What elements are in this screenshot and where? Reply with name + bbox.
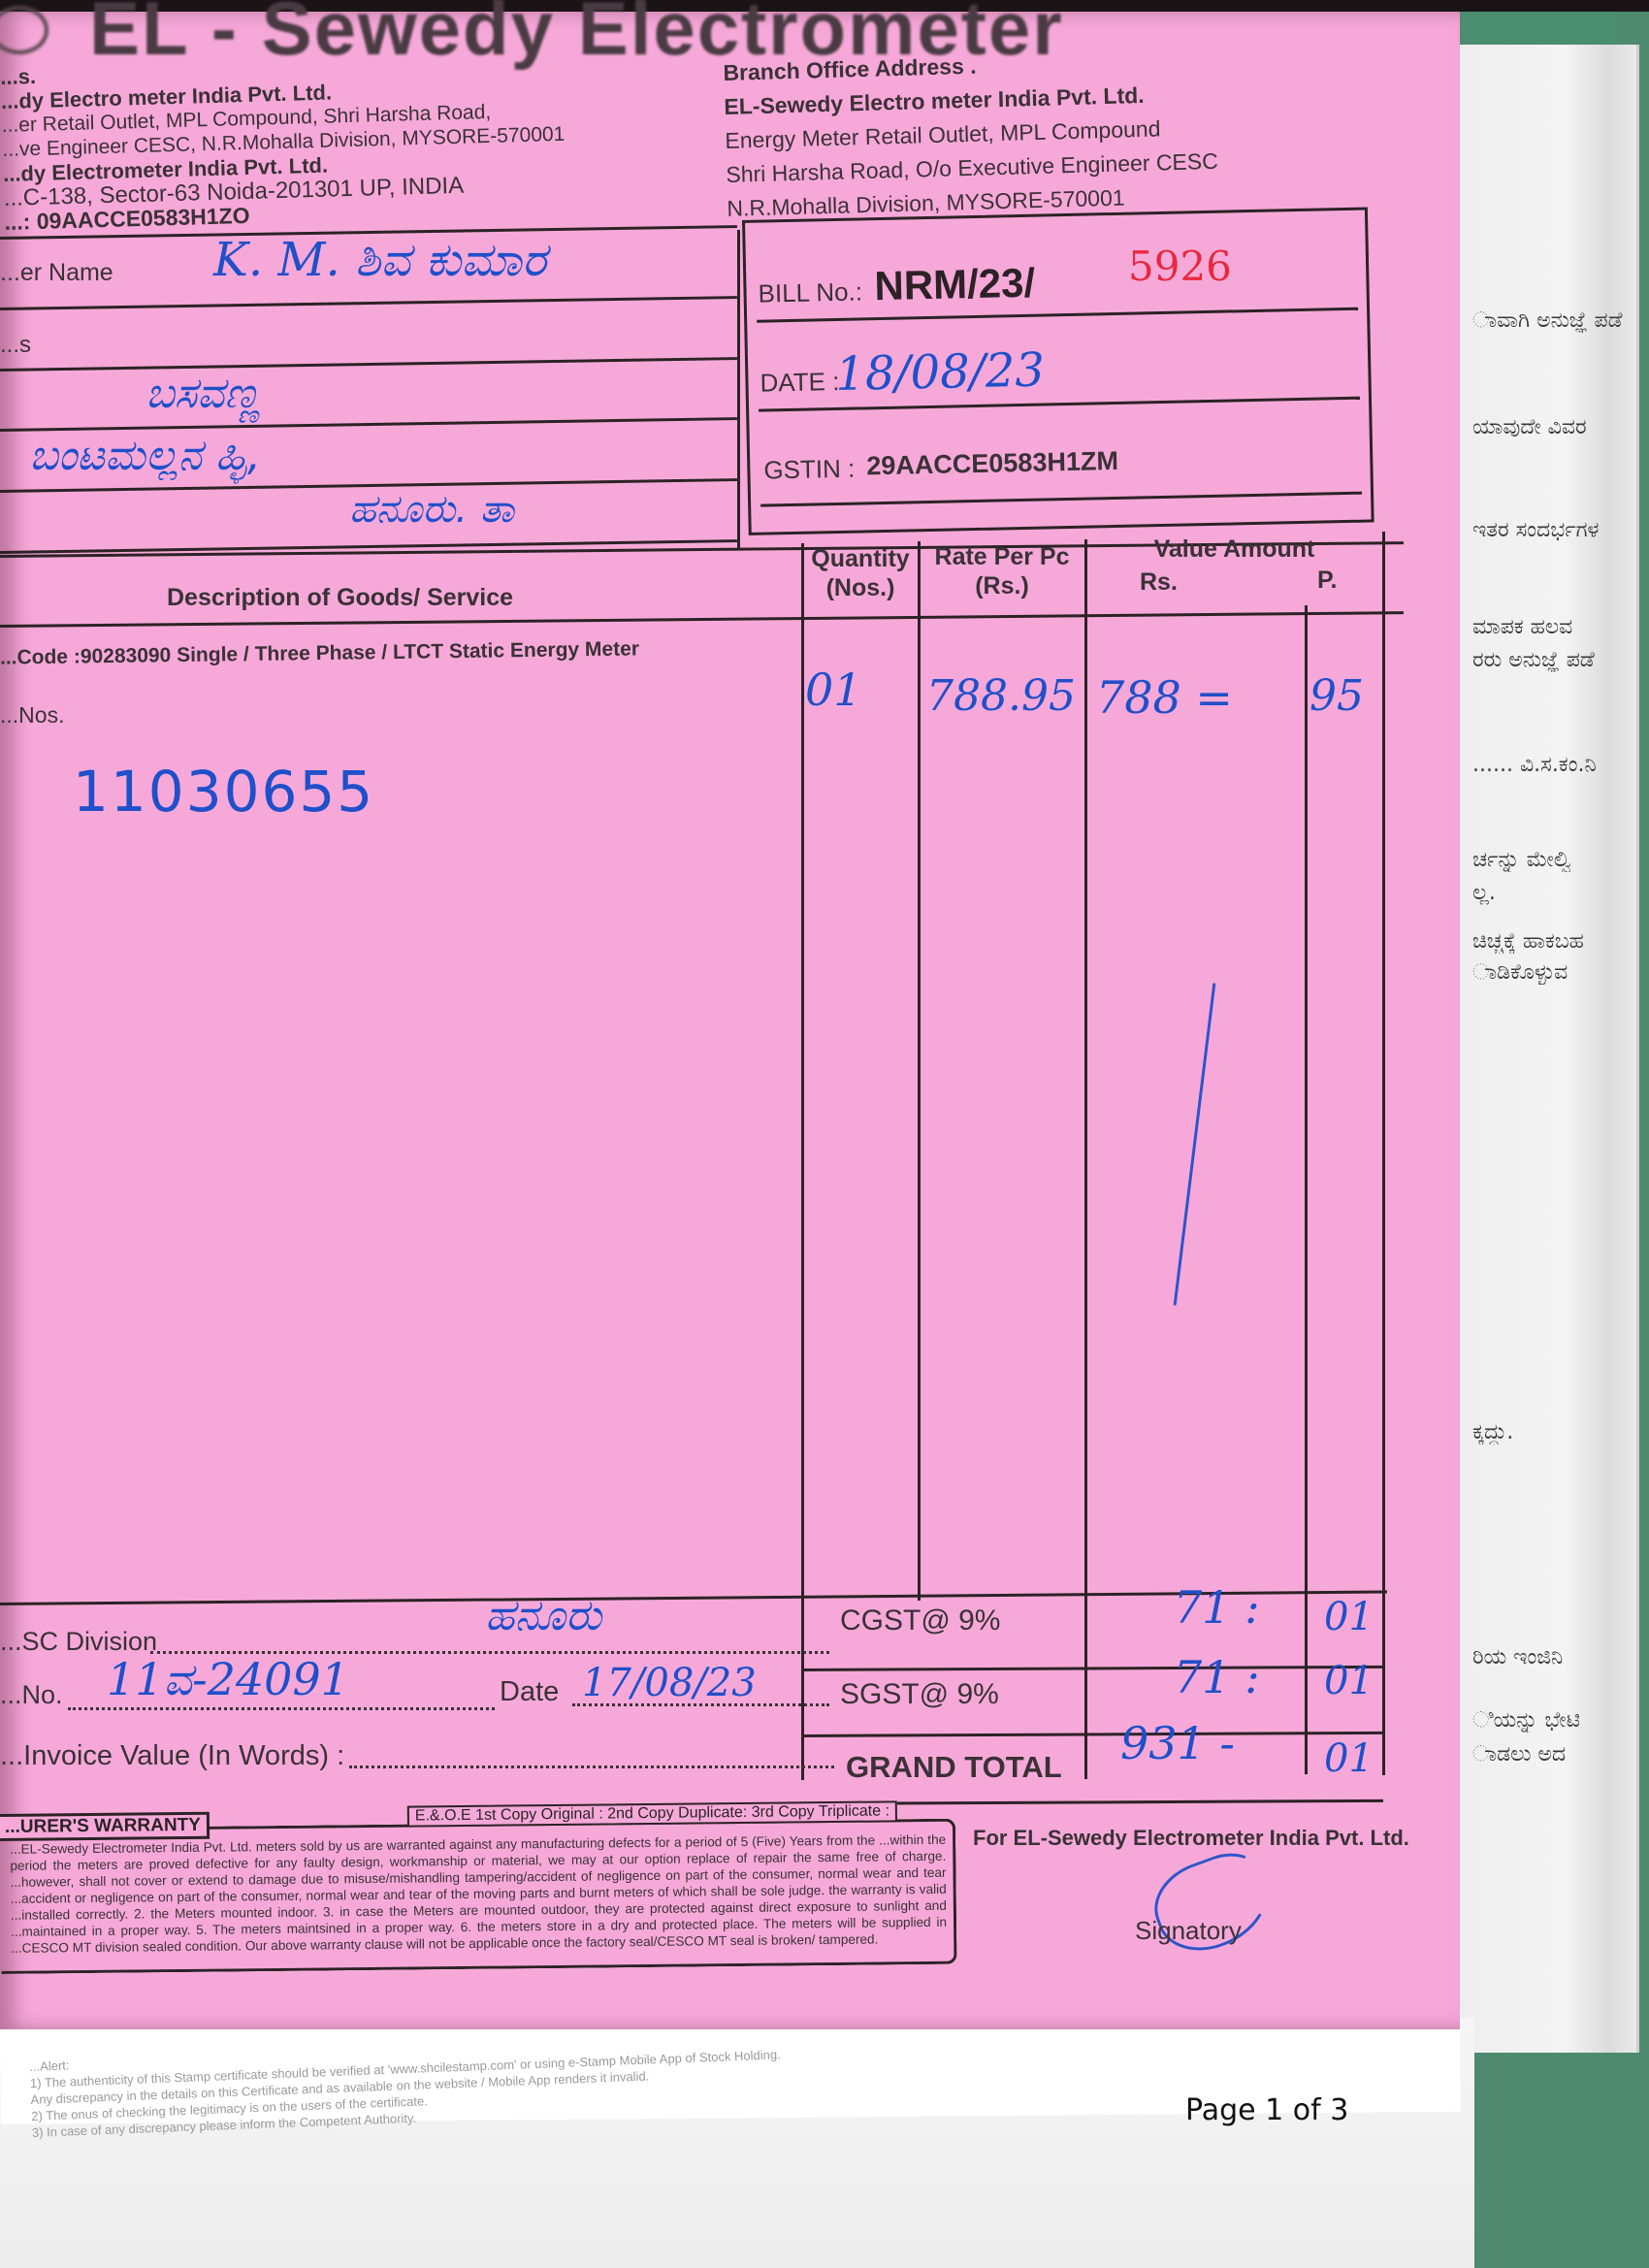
head-office-address: ...s. ...dy Electro meter India Pvt. Ltd… [0,49,567,235]
signatory-label: Signatory [1135,1916,1242,1946]
customer-address-line[interactable]: ಬಂಟಮಲ್ಲನ ಹ್ಳಿ, [29,431,261,480]
header-quantity: Quantity [803,545,918,573]
kannada-line: ಇತರ ಸಂದರ್ಭಗಳ [1472,518,1637,542]
customer-address-label: ...s [0,332,31,359]
cgst-p[interactable]: 01 [1324,1595,1374,1639]
invoice-words-dotted-line[interactable] [349,1766,834,1768]
item-quantity[interactable]: 01 [805,664,862,716]
sgst-label: SGST@ 9% [840,1678,999,1711]
no-dotted-line [68,1707,495,1710]
bill-no-label: BILL No.: [758,276,862,308]
grand-total-label: GRAND TOTAL [846,1750,1062,1785]
header-rate: Rate Per Pc [920,543,1084,571]
item-value-p[interactable]: 95 [1309,671,1364,721]
reference-date[interactable]: 17/08/23 [582,1661,757,1705]
header-rate-unit: (Rs.) [920,572,1084,600]
bill-no-prefix: NRM/23/ [874,260,1036,309]
bill-details-box: BILL No.: NRM/23/ DATE : 18/08/23 GSTIN … [742,207,1374,535]
company-logo-icon [0,6,48,54]
divider [760,492,1362,507]
item-rate[interactable]: 788.95 [926,671,1076,721]
page-number: Page 1 of 3 [1185,2093,1348,2127]
division-value[interactable]: ಹನೂರು [485,1591,601,1640]
sgst-rs[interactable]: 71 : [1174,1651,1260,1703]
header-description: Description of Goods/ Service [167,584,513,612]
reference-number[interactable]: 11ವ-24091 [107,1653,349,1707]
divider [0,417,737,432]
divider [801,1666,1383,1671]
invoice-words-label: ...Invoice Value (In Words) : [0,1740,344,1772]
gstin-value: 29AACCE0583H1ZM [866,446,1118,481]
bill-serial-stamp: 5926 [1128,243,1232,290]
branch-office-address: Branch Office Address . EL-Sewedy Electr… [723,43,1219,226]
bill-date-value[interactable]: 18/08/23 [835,343,1046,403]
customer-address-line[interactable]: ಹನೂರು. ತಾ [349,487,514,532]
header-value-rs: Rs. [1140,568,1178,597]
divider [0,296,737,310]
header-value: Value Amount [1086,535,1382,564]
kannada-line: ಿಯನ್ನು ಭೇಟಿ [1472,1708,1637,1733]
header-value-p: P. [1317,567,1337,595]
warranty-title: ...URER'S WARRANTY [0,1812,210,1841]
customer-address-line[interactable]: ಬಸವಣ್ಣ [145,369,261,418]
divider [737,230,740,550]
cgst-label: CGST@ 9% [840,1604,1000,1637]
copy-designation: E.&.O.E 1st Copy Original : 2nd Copy Dup… [407,1800,897,1827]
meter-serial-number[interactable]: 11030655 [73,759,374,825]
pink-invoice: EL - Sewedy Electrometer ...s. ...dy Ele… [0,12,1460,2029]
kannada-line: ಯಾವುದೇ ವಿವರ [1472,415,1637,439]
kannada-line: ರಿಯ ಇಂಜಿನಿ [1472,1645,1637,1669]
warranty-text: ...EL-Sewedy Electrometer India Pvt. Ltd… [10,1831,947,1957]
kannada-line: ಲ್ಲ. [1472,881,1637,905]
grand-total-rs[interactable]: 931 - [1120,1717,1235,1769]
gstin-label: GSTIN : [763,454,856,486]
kannada-line: ...... ವಿ.ಸ.ಕಂ.ನಿ [1472,753,1637,777]
cgst-rs[interactable]: 71 : [1174,1581,1260,1634]
table-right-border [1382,532,1385,1775]
customer-name-value[interactable]: K. M. ಶಿವ ಕುಮಾರ [213,233,546,288]
item-value-rs[interactable]: 788 = [1096,671,1233,724]
kannada-line: ರ್ಚನ್ನು ಮೇಲ್ವಿ [1472,848,1637,872]
kannada-line: ಾವಾಗಿ ಅನುಜ್ಞೆ ಪಡೆ [1472,308,1637,333]
hsn-description: ...Code :90283090 Single / Three Phase /… [0,637,639,669]
column-divider [918,541,921,1601]
table-header-border [0,611,1404,628]
nos-label: ...Nos. [0,702,64,729]
divider [757,308,1358,323]
column-divider [801,543,804,1780]
date-label: DATE : [760,367,839,399]
kannada-line: ಮಾಪಕ ಹಲವ [1472,615,1637,639]
kannada-line: ಾಡಿಕೊಳ್ಳುವ [1472,960,1637,985]
no-label: ...No. [0,1680,63,1710]
for-company-label: For EL-Sewedy Electrometer India Pvt. Lt… [973,1826,1409,1851]
kannada-line: ರರು ಅನುಜ್ಞೆ ಪಡೆ [1472,648,1637,672]
warranty-box: ...URER'S WARRANTY E.&.O.E 1st Copy Orig… [0,1819,957,1974]
column-divider [1305,605,1308,1774]
kannada-line: ಚಿಚ್ಚಕ್ಕೆ ಹಾಕಬಹ [1472,929,1637,954]
divider [801,1732,1383,1737]
header-quantity-unit: (Nos.) [803,574,918,602]
green-background [1463,12,1618,45]
kannada-line: ಾಡಲು ಅದ [1472,1742,1637,1766]
kannada-line: ಕ್ಕದ್ದು. [1472,1420,1637,1444]
handwritten-stroke [1174,983,1216,1306]
footer-date-label: Date [500,1676,559,1708]
grand-total-p[interactable]: 01 [1324,1736,1374,1781]
sgst-p[interactable]: 01 [1324,1659,1374,1703]
customer-name-label: ...er Name [0,259,113,287]
underlying-kannada-sheet: ಾವಾಗಿ ಅನುಜ್ಞೆ ಪಡೆ ಯಾವುದೇ ವಿವರ ಇತರ ಸಂದರ್ಭ… [1455,45,1639,2053]
divider [0,357,737,372]
